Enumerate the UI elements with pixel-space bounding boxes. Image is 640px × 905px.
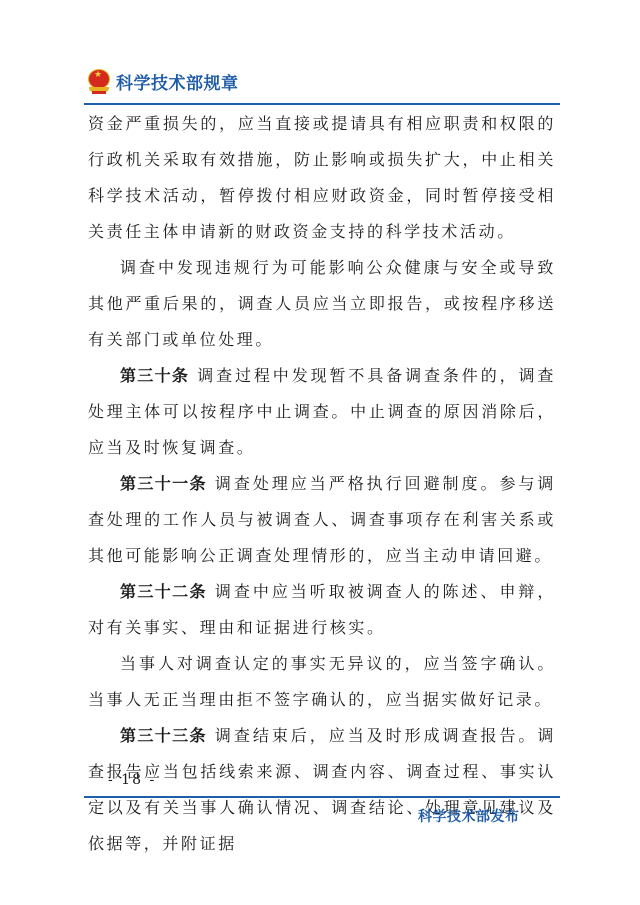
header-title: 科学技术部规章 <box>116 69 239 94</box>
article-heading: 第三十一条 <box>120 474 207 493</box>
article-heading: 第三十二条 <box>120 582 207 601</box>
paragraph-0: 资金严重损失的，应当直接或提请具有相应职责和权限的行政机关采取有效措施，防止影响… <box>88 106 556 250</box>
document-body: 资金严重损失的，应当直接或提请具有相应职责和权限的行政机关采取有效措施，防止影响… <box>88 106 556 862</box>
article-heading: 第三十三条 <box>120 726 207 745</box>
footer-divider <box>84 796 560 798</box>
article-31: 第三十一条 调查处理应当严格执行回避制度。参与调查处理的工作人员与被调查人、调查… <box>88 466 556 574</box>
article-33: 第三十三条 调查结束后，应当及时形成调查报告。调查报告应当包括线索来源、调查内容… <box>88 718 556 862</box>
footer-publisher: 科学技术部发布 <box>418 806 520 826</box>
header-divider <box>84 103 560 105</box>
national-emblem-icon: ★ <box>86 68 112 94</box>
paragraph-1: 调查中发现违规行为可能影响公众健康与安全或导致其他严重后果的，调查人员应当立即报… <box>88 250 556 358</box>
paragraph-5: 当事人对调查认定的事实无异议的，应当签字确认。当事人无正当理由拒不签字确认的，应… <box>88 646 556 718</box>
article-30: 第三十条 调查过程中发现暂不具备调查条件的，调查处理主体可以按程序中止调查。中止… <box>88 358 556 466</box>
page-number: - 18 - <box>108 772 156 788</box>
article-32: 第三十二条 调查中应当听取被调查人的陈述、申辩，对有关事实、理由和证据进行核实。 <box>88 574 556 646</box>
article-heading: 第三十条 <box>120 366 189 385</box>
page-header: ★ 科学技术部规章 <box>86 66 239 96</box>
